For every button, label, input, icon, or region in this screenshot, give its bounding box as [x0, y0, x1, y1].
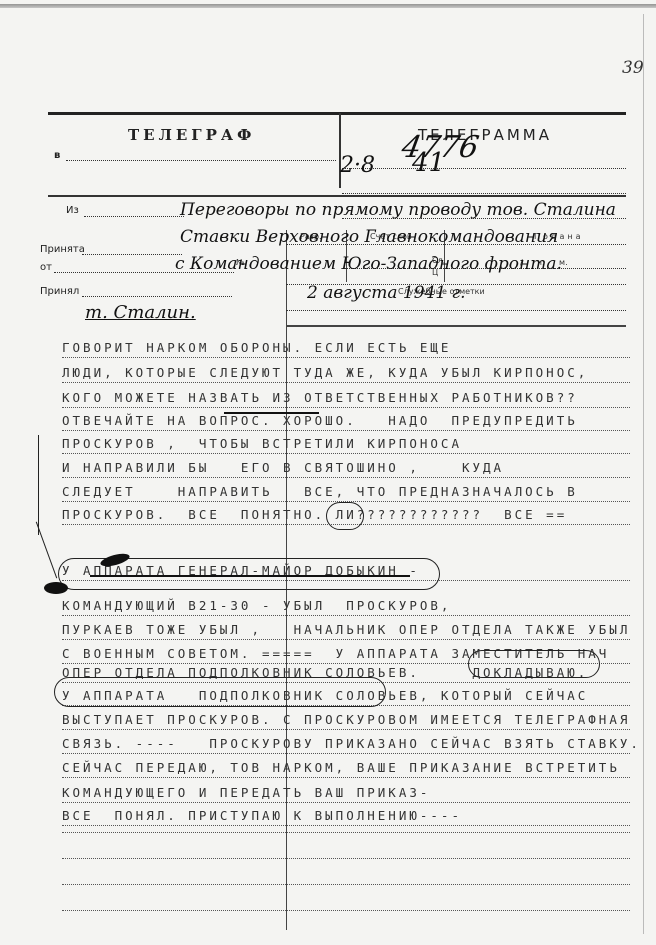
blank-ruled-line: [62, 832, 630, 833]
telegram-line: ВЫСТУПАЕТ ПРОСКУРОВ. С ПРОСКУРОВОМ ИМЕЕТ…: [62, 712, 630, 727]
circled-li: [326, 502, 364, 530]
box-line-4: [286, 310, 626, 311]
circled-dokladyvayu: [468, 650, 600, 678]
scan-right-edge: [643, 14, 644, 934]
header-rule: [48, 112, 626, 115]
form-title-telegraf: ТЕЛЕГРАФ: [128, 126, 255, 144]
ruled-line: [62, 777, 630, 778]
telegram-line: ПУРКАЕВ ТОЖЕ УБЫЛ , НАЧАЛЬНИК ОПЕР ОТДЕЛ…: [62, 622, 630, 637]
ruled-line: [62, 825, 630, 826]
field-line-r2: [342, 193, 626, 194]
ruled-line: [62, 639, 630, 640]
ruled-line: [62, 382, 630, 383]
scan-top-edge: [0, 4, 656, 8]
telegram-line: КОМАНДУЮЩЕГО И ПЕРЕДАТЬ ВАШ ПРИКАЗ-: [62, 785, 430, 800]
field-line-v: [66, 160, 336, 161]
field-line-iz: [84, 216, 184, 217]
circled-solovyev-line: [54, 677, 386, 707]
field-label-v: в: [54, 150, 60, 161]
telegram-line: КОГО МОЖЕТЕ НАЗВАТЬ ИЗ ОТВЕТСТВЕННЫХ РАБ…: [62, 390, 578, 405]
telegram-line: ОТВЕЧАЙТЕ НА ВОПРОС. ХОРОШО. НАДО ПРЕДУП…: [62, 413, 578, 428]
field-line-prinyal: [82, 296, 232, 297]
telegram-line: И НАПРАВИЛИ БЫ ЕГО В СВЯТОШИНО , КУДА: [62, 460, 504, 475]
ruled-line: [62, 802, 630, 803]
telegram-line: СЕЙЧАС ПЕРЕДАЮ, ТОВ НАРКОМ, ВАШЕ ПРИКАЗА…: [62, 760, 620, 775]
ruled-line: [62, 430, 630, 431]
handwritten-salutation: т. Сталин.: [85, 302, 196, 323]
body-top-rule: [286, 325, 626, 327]
section-rule: [48, 195, 626, 197]
ruled-line: [62, 477, 630, 478]
margin-bracket-lower: [36, 522, 57, 579]
telegram-line: СВЯЗЬ. ---- ПРОСКУРОВУ ПРИКАЗАНО СЕЙЧАС …: [62, 736, 641, 751]
ruled-line: [62, 729, 630, 730]
telegram-line: ГОВОРИТ НАРКОМ ОБОРОНЫ. ЕСЛИ ЕСТЬ ЕЩЕ: [62, 340, 451, 355]
handwritten-title-line-1: Переговоры по прямому проводу тов. Стали…: [180, 200, 616, 220]
telegram-line: СЛЕДУЕТ НАПРАВИТЬ ВСЕ, ЧТО ПРЕДНАЗНАЧАЛО…: [62, 484, 578, 499]
ruled-line: [62, 357, 630, 358]
telegram-line: ВСЕ ПОНЯЛ. ПРИСТУПАЮ К ВЫПОЛНЕНИЮ----: [62, 808, 462, 823]
field-line-r1: [342, 168, 626, 169]
handwritten-title-line-2: Ставки Верховного Главнокомандования: [180, 227, 558, 247]
telegram-line: КОМАНДУЮЩИЙ В21-30 - УБЫЛ ПРОСКУРОВ,: [62, 598, 451, 613]
field-line-prinyata: [82, 254, 182, 255]
handwritten-stamp-right: 41: [412, 148, 445, 178]
handwritten-date: 2 августа 1941 г.: [307, 283, 466, 303]
telegram-line: ПРОСКУРОВ. ВСЕ ПОНЯТНО. ЛИ???????????? В…: [62, 507, 567, 522]
ruled-line: [62, 407, 630, 408]
margin-bracket: [38, 435, 39, 535]
ink-blot: [44, 582, 68, 594]
ruled-line: [62, 615, 630, 616]
handwritten-stamp-left: 2·8: [340, 153, 375, 178]
strikethrough-dobykin: [90, 575, 410, 577]
blank-ruled-line: [62, 910, 630, 911]
field-label-prinyal: Принял: [40, 286, 79, 297]
blank-ruled-line: [62, 884, 630, 885]
blank-ruled-line: [62, 858, 630, 859]
field-label-ot: от: [40, 262, 52, 273]
telegram-line: ПРОСКУРОВ , ЧТОБЫ ВСТРЕТИЛИ КИРПОНОСА: [62, 436, 462, 451]
strikethrough-khorosho: [224, 412, 319, 414]
telegram-line: ЛЮДИ, КОТОРЫЕ СЛЕДУЮТ ТУДА ЖЕ, КУДА УБЫЛ…: [62, 365, 588, 380]
field-label-iz: Из: [66, 205, 79, 216]
ruled-line: [62, 453, 630, 454]
handwritten-title-line-3: с Командованием Юго-Западного фронта.: [175, 254, 562, 274]
page-number: 39: [622, 58, 644, 78]
ruled-line: [62, 753, 630, 754]
field-label-prinyata: Принята: [40, 244, 85, 255]
